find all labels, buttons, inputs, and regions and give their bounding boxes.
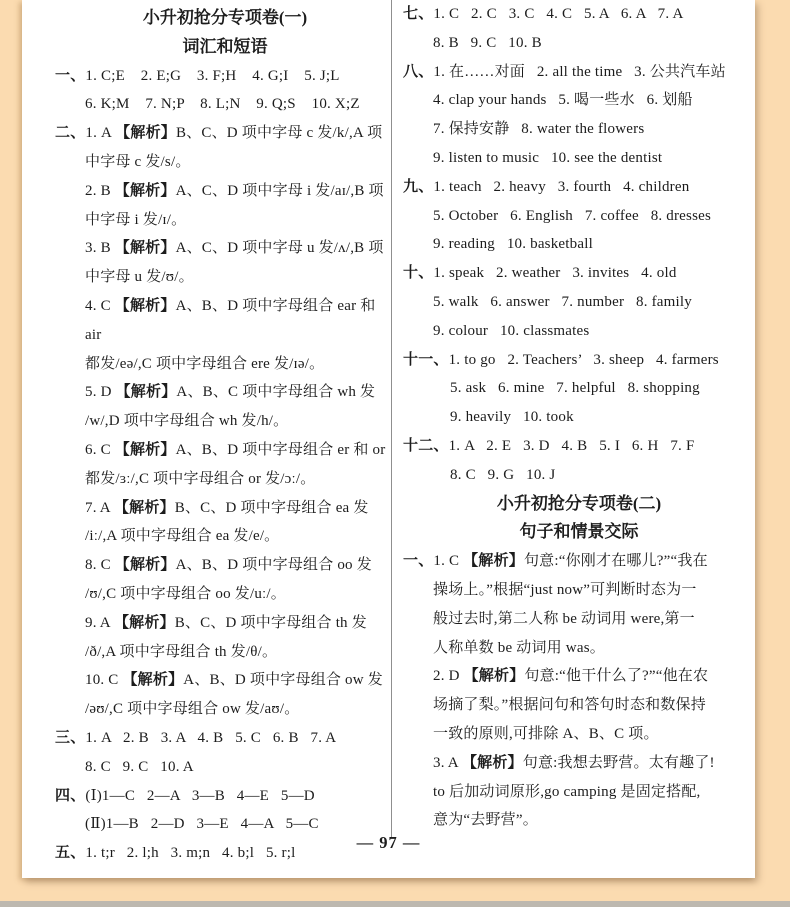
answer-line: 5. D 【解析】A、B、C 项中字母组合 wh 发	[55, 378, 395, 407]
answer-line: 8. B 9. C 10. B	[403, 29, 755, 58]
analysis-label: 【解析】	[116, 384, 177, 400]
right-answer-column: 七、1. C 2. C 3. C 4. C 5. A 6. A 7. A8. B…	[403, 0, 755, 835]
answer-line: 5. walk 6. answer 7. number 8. family	[403, 288, 755, 317]
section-marker: 四、	[55, 788, 85, 804]
answer-line: 2. D 【解析】句意:“他干什么了?”“他在农	[403, 662, 755, 691]
section-marker: 二、	[55, 125, 85, 141]
answer-line: /w/,D 项中字母组合 wh 发/h/。	[55, 407, 395, 436]
answer-line: 操场上。”根据“just now”可判断时态为一	[403, 576, 755, 605]
answer-line: 2. B 【解析】A、C、D 项中字母 i 发/aɪ/,B 项	[55, 177, 395, 206]
section-marker: 八、	[403, 64, 433, 80]
answer-line: 5. October 6. English 7. coffee 8. dress…	[403, 202, 755, 231]
answer-line: 9. heavily 10. took	[403, 403, 755, 432]
answer-line: 三、1. A 2. B 3. A 4. B 5. C 6. B 7. A	[55, 724, 395, 753]
answer-line: 4. C 【解析】A、B、D 项中字母组合 ear 和 air	[55, 292, 395, 350]
answer-line: 9. A 【解析】B、C、D 项中字母组合 th 发	[55, 609, 395, 638]
answer-line: 8. C 9. C 10. A	[55, 753, 395, 782]
answer-line: 3. A 【解析】句意:我想去野营。太有趣了!	[403, 749, 755, 778]
answer-line: 四、(Ⅰ)1—C 2—A 3—B 4—E 5—D	[55, 782, 395, 811]
answer-line: 意为“去野营”。	[403, 806, 755, 835]
analysis-label: 【解析】	[115, 240, 176, 256]
answer-line: 4. clap your hands 5. 喝一些水 6. 划船	[403, 86, 755, 115]
section-title: 小升初抢分专项卷(一)	[55, 4, 395, 33]
analysis-label: 【解析】	[114, 500, 175, 516]
analysis-label: 【解析】	[115, 183, 176, 199]
answer-line: /ʊ/,C 项中字母组合 oo 发/uː/。	[55, 580, 395, 609]
answer-line: 10. C 【解析】A、B、D 项中字母组合 ow 发	[55, 666, 395, 695]
answer-line: /iː/,A 项中字母组合 ea 发/e/。	[55, 522, 395, 551]
column-divider	[391, 0, 392, 838]
section-title: 句子和情景交际	[403, 518, 755, 547]
answer-line: 8. C 【解析】A、B、D 项中字母组合 oo 发	[55, 551, 395, 580]
section-marker: 三、	[55, 730, 85, 746]
answer-line: 7. A 【解析】B、C、D 项中字母组合 ea 发	[55, 494, 395, 523]
answer-line: /ð/,A 项中字母组合 th 发/θ/。	[55, 638, 395, 667]
answer-line: 中字母 i 发/ɪ/。	[55, 206, 395, 235]
answer-line: 都发/eə/,C 项中字母组合 ere 发/ɪə/。	[55, 350, 395, 379]
answer-line: 七、1. C 2. C 3. C 4. C 5. A 6. A 7. A	[403, 0, 755, 29]
answer-line: 5. ask 6. mine 7. helpful 8. shopping	[403, 374, 755, 403]
page-number: — 97 —	[22, 833, 755, 853]
answer-line: 十一、1. to go 2. Teachers’ 3. sheep 4. far…	[403, 346, 755, 375]
answer-line: 人称单数 be 动词用 was。	[403, 634, 755, 663]
answer-key-page: 小升初抢分专项卷(一)词汇和短语一、1. C;E 2. E;G 3. F;H 4…	[22, 0, 755, 878]
answer-line: 十、1. speak 2. weather 3. invites 4. old	[403, 259, 755, 288]
section-marker: 十、	[403, 265, 433, 281]
answer-line: 二、1. A 【解析】B、C、D 项中字母 c 发/k/,A 项	[55, 119, 395, 148]
answer-line: 9. colour 10. classmates	[403, 317, 755, 346]
section-marker: 七、	[403, 6, 433, 22]
section-marker: 一、	[55, 68, 85, 84]
answer-line: 3. B 【解析】A、C、D 项中字母 u 发/ʌ/,B 项	[55, 234, 395, 263]
section-marker: 十二、	[403, 438, 449, 454]
section-title: 词汇和短语	[55, 33, 395, 62]
screen-bottom-strip	[0, 901, 790, 907]
section-marker: 十一、	[403, 352, 449, 368]
answer-line: 中字母 u 发/ʊ/。	[55, 263, 395, 292]
answer-line: 9. listen to music 10. see the dentist	[403, 144, 755, 173]
answer-line: 6. K;M 7. N;P 8. L;N 9. Q;S 10. X;Z	[55, 90, 395, 119]
section-title: 小升初抢分专项卷(二)	[403, 490, 755, 519]
analysis-label: 【解析】	[115, 557, 176, 573]
analysis-label: 【解析】	[115, 442, 176, 458]
section-marker: 一、	[403, 553, 433, 569]
section-marker: 九、	[403, 179, 433, 195]
answer-line: 十二、1. A 2. E 3. D 4. B 5. I 6. H 7. F	[403, 432, 755, 461]
analysis-label: 【解析】	[115, 298, 176, 314]
answer-line: /əʊ/,C 项中字母组合 ow 发/aʊ/。	[55, 695, 395, 724]
analysis-label: 【解析】	[463, 553, 524, 569]
answer-line: to 后加动词原形,go camping 是固定搭配,	[403, 778, 755, 807]
answer-line: 场摘了梨。”根据问句和答句时态和数保持	[403, 691, 755, 720]
answer-line: 中字母 c 发/s/。	[55, 148, 395, 177]
answer-line: 般过去时,第二人称 be 动词用 were,第一	[403, 605, 755, 634]
analysis-label: 【解析】	[115, 125, 176, 141]
answer-line: 一致的原则,可排除 A、B、C 项。	[403, 720, 755, 749]
left-answer-column: 小升初抢分专项卷(一)词汇和短语一、1. C;E 2. E;G 3. F;H 4…	[55, 4, 395, 868]
answer-line: 8. C 9. G 10. J	[403, 461, 755, 490]
answer-line: 八、1. 在……对面 2. all the time 3. 公共汽车站	[403, 58, 755, 87]
answer-line: 一、1. C 【解析】句意:“你刚才在哪儿?”“我在	[403, 547, 755, 576]
answer-line: 一、1. C;E 2. E;G 3. F;H 4. G;I 5. J;L	[55, 62, 395, 91]
answer-line: 9. reading 10. basketball	[403, 230, 755, 259]
answer-line: 都发/ɜː/,C 项中字母组合 or 发/ɔː/。	[55, 465, 395, 494]
analysis-label: 【解析】	[114, 615, 175, 631]
analysis-label: 【解析】	[464, 668, 525, 684]
analysis-label: 【解析】	[122, 672, 183, 688]
analysis-label: 【解析】	[462, 755, 523, 771]
answer-line: 6. C 【解析】A、B、D 项中字母组合 er 和 or	[55, 436, 395, 465]
answer-line: 7. 保持安静 8. water the flowers	[403, 115, 755, 144]
answer-line: 九、1. teach 2. heavy 3. fourth 4. childre…	[403, 173, 755, 202]
